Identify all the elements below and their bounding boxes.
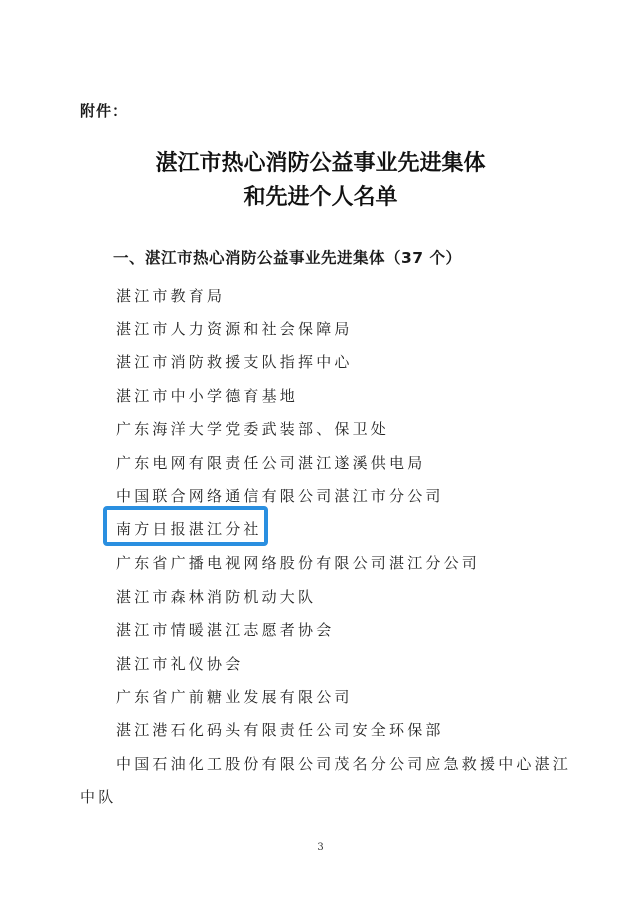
list-item: 湛江市人力资源和社会保障局: [116, 318, 353, 339]
list-item: 广东省广播电视网络股份有限公司湛江分公司: [116, 552, 480, 573]
list-item-continuation: 中队: [80, 786, 116, 807]
list-item: 广东海洋大学党委武装部、保卫处: [116, 418, 389, 439]
list-item: 中国石油化工股份有限公司茂名分公司应急救援中心湛江: [116, 753, 571, 774]
page-number: 3: [0, 842, 641, 853]
list-item: 广东省广前糖业发展有限公司: [116, 686, 353, 707]
document-page: 附件： 湛江市热心消防公益事业先进集体 和先进个人名单 一、湛江市热心消防公益事…: [0, 0, 641, 907]
document-title-line1: 湛江市热心消防公益事业先进集体: [0, 146, 641, 177]
list-item: 湛江市消防救援支队指挥中心: [116, 351, 353, 372]
list-item: 湛江市中小学德育基地: [116, 385, 298, 406]
list-item: 湛江港石化码头有限责任公司安全环保部: [116, 719, 444, 740]
list-item: 湛江市礼仪协会: [116, 653, 243, 674]
section-heading: 一、湛江市热心消防公益事业先进集体（37 个）: [113, 246, 461, 268]
list-item: 中国联合网络通信有限公司湛江市分公司: [116, 485, 444, 506]
attachment-label: 附件：: [80, 100, 128, 121]
highlighted-list-item: 南方日报湛江分社: [116, 518, 262, 539]
list-item: 广东电网有限责任公司湛江遂溪供电局: [116, 452, 425, 473]
list-item: 湛江市森林消防机动大队: [116, 586, 316, 607]
document-title-line2: 和先进个人名单: [0, 180, 641, 211]
list-item: 湛江市情暖湛江志愿者协会: [116, 619, 334, 640]
list-item: 湛江市教育局: [116, 285, 225, 306]
